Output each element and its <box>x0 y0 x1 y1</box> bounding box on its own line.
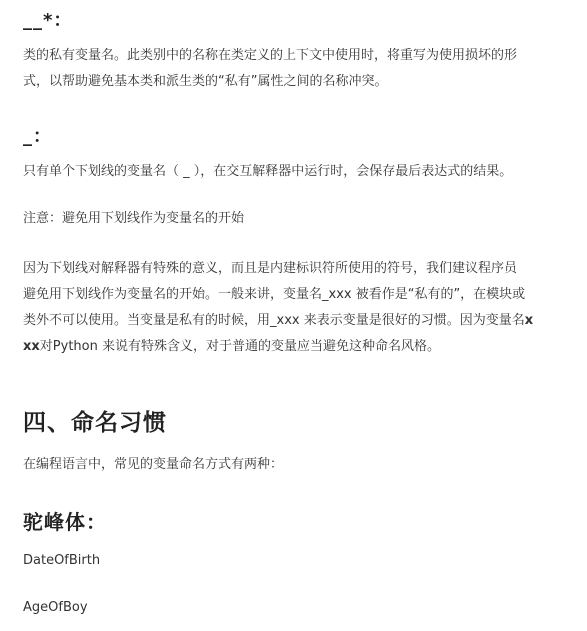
explanation-line: xx对Python 来说有特殊含义，对于普通的变量应当避免这种命名风格。 <box>23 334 579 360</box>
explanation-line: 避免用下划线作为变量名的开始。一般来讲，变量名_xxx 被看作是“私有的”，在模… <box>23 282 579 308</box>
dunder-description-line: 类的私有变量名。此类别中的名称在类定义的上下文中使用时，将重写为使用损坏的形 <box>23 43 579 69</box>
explanation-line: 类外不可以使用。当变量是私有的时候，用_xxx 来表示变量是很好的习惯。因为变量… <box>23 308 579 334</box>
bold-identifier: x <box>525 313 533 328</box>
dunder-heading: __*： <box>23 6 72 32</box>
explanation-line: 因为下划线对解释器有特殊的意义，而且是内建标识符所使用的符号，我们建议程序员 <box>23 256 579 282</box>
single-underscore-heading: _： <box>23 122 52 148</box>
explanation-text: 对Python 来说有特殊含义，对于普通的变量应当避免这种命名风格。 <box>40 339 440 354</box>
camel-case-heading: 驼峰体： <box>23 506 107 535</box>
camel-example: DateOfBirth <box>23 548 579 574</box>
explanation-text: 类外不可以使用。当变量是私有的时候，用_xxx 来表示变量是很好的习惯。因为变量… <box>23 313 525 328</box>
naming-conventions-heading: 四、命名习惯 <box>23 404 167 437</box>
dunder-description: 类的私有变量名。此类别中的名称在类定义的上下文中使用时，将重写为使用损坏的形 式… <box>23 43 579 95</box>
dunder-description-line: 式，以帮助避免基本类和派生类的“私有”属性之间的名称冲突。 <box>23 69 579 95</box>
single-underscore-description: 只有单个下划线的变量名（ _ ），在交互解释器中运行时，会保存最后表达式的结果。 <box>23 159 579 185</box>
underscore-explanation: 因为下划线对解释器有特殊的意义，而且是内建标识符所使用的符号，我们建议程序员 避… <box>23 256 579 360</box>
camel-example: AgeOfBoy <box>23 595 579 621</box>
note-text: 注意：避免用下划线作为变量名的开始 <box>23 206 579 232</box>
naming-intro: 在编程语言中，常见的变量命名方式有两种： <box>23 452 579 478</box>
bold-identifier: xx <box>23 339 40 354</box>
